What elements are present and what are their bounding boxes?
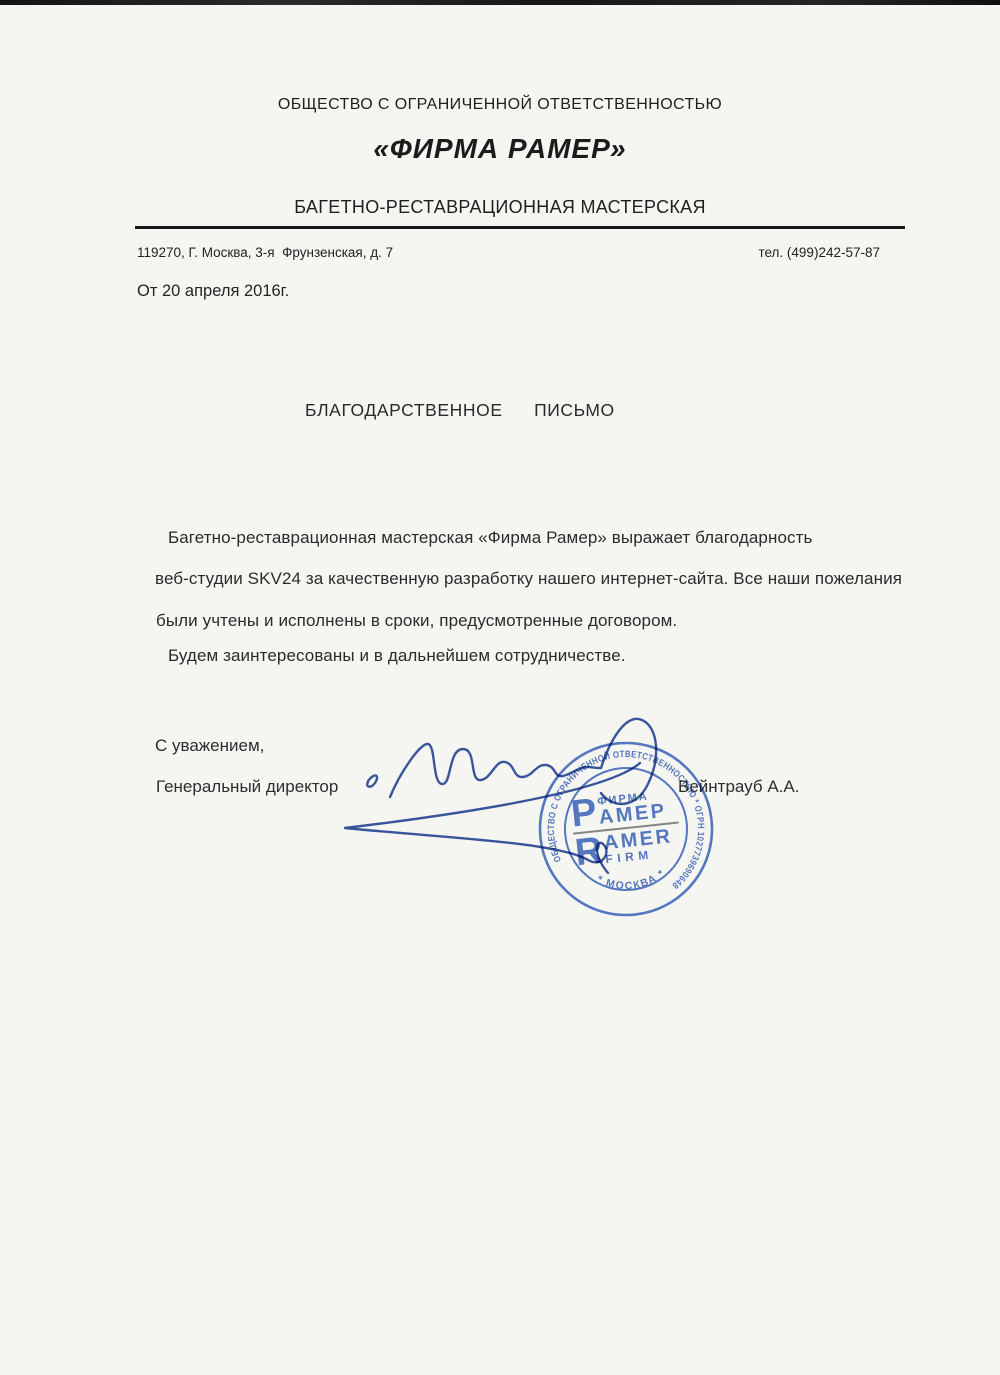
company-address: 119270, Г. Москва, 3-я Фрунзенская, д. 7 [137,245,393,260]
scan-edge-artifact [0,0,1000,5]
closing-salutation: С уважением, [155,736,264,756]
stamp-city-text: * МОСКВА * [594,866,669,895]
scanned-letter-page: { "header": { "org_type": "ОБЩЕСТВО С ОГ… [0,0,1000,1375]
company-subtitle: БАГЕТНО-РЕСТАВРАЦИОННАЯ МАСТЕРСКАЯ [0,197,1000,218]
svg-text:* МОСКВА *: * МОСКВА * [594,866,669,895]
stamp-ru-initial: Р [570,797,598,830]
body-line: веб-студии SKV24 за качественную разрабо… [155,569,902,589]
company-round-stamp: ОБЩЕСТВО С ОГРАНИЧЕННОЙ ОТВЕТСТВЕННОСТЬЮ… [528,731,724,927]
org-type-line: ОБЩЕСТВО С ОГРАНИЧЕННОЙ ОТВЕТСТВЕННОСТЬЮ [0,96,1000,114]
stamp-en-initial: R [574,836,604,869]
signature-flick [367,775,377,786]
body-line: Будем заинтересованы и в дальнейшем сотр… [168,646,626,666]
letterhead-divider [135,226,905,229]
company-phone: тел. (499)242-57-87 [758,245,880,260]
body-line: Багетно-реставрационная мастерская «Фирм… [168,528,812,548]
letter-title: БЛАГОДАРСТВЕННОЕ ПИСЬМО [305,400,615,421]
letter-date: От 20 апреля 2016г. [137,282,289,301]
stamp-logo: Р ФИРМА АМЕР R AMER FIRM [570,788,683,871]
signer-title: Генеральный директор [156,777,338,797]
company-name: «ФИРМА РАМЕР» [0,133,1000,165]
body-line: были учтены и исполнены в сроки, предусм… [156,611,677,631]
